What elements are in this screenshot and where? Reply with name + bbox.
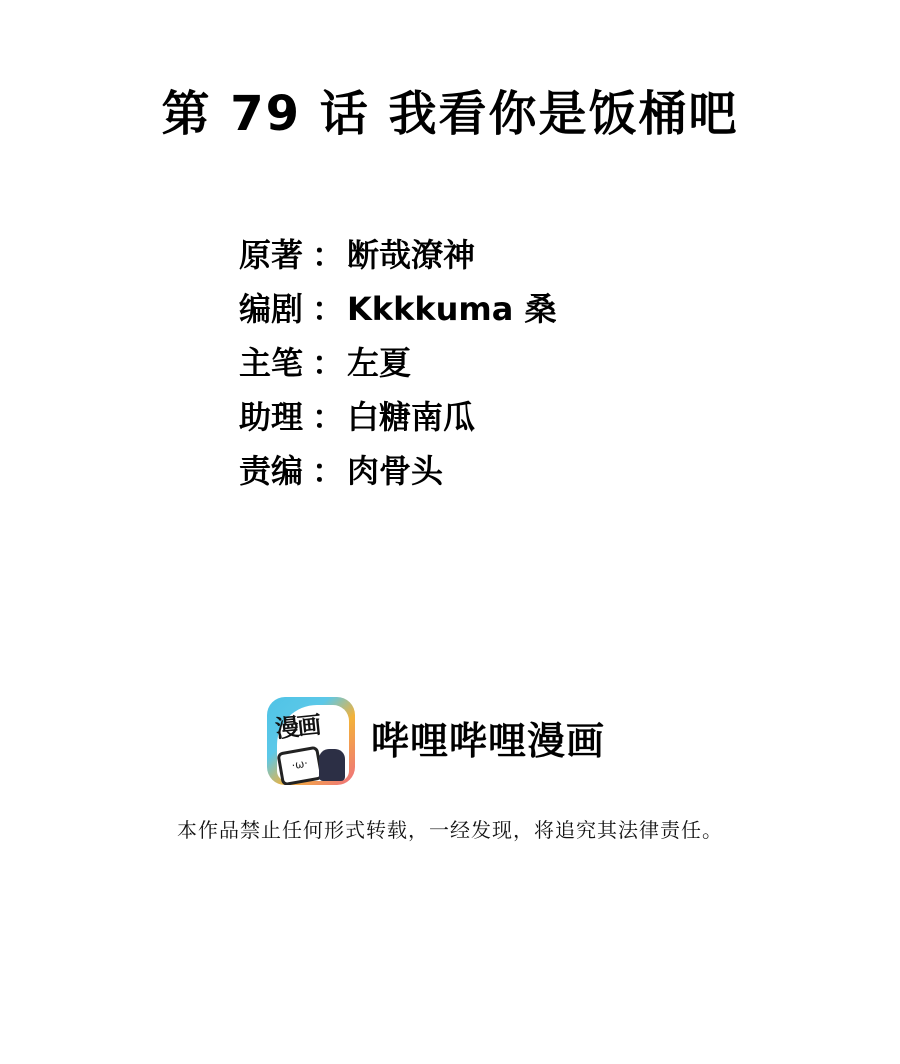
credit-row-lead-artist: 主笔 ： 左夏	[239, 336, 557, 390]
credits-list: 原著 ： 断哉潦神 编剧 ： Kkkkuma 桑 主笔 ： 左夏 助理 ： 白糖…	[239, 228, 557, 498]
credit-row-assistant: 助理 ： 白糖南瓜	[239, 390, 557, 444]
credit-separator: ：	[309, 231, 347, 279]
credit-name: 白糖南瓜	[347, 393, 475, 441]
credit-separator: ：	[309, 393, 347, 441]
credit-name: 肉骨头	[347, 447, 443, 495]
credit-row-original-author: 原著 ： 断哉潦神	[239, 228, 557, 282]
tv-mascot-icon: ·ω·	[276, 746, 323, 785]
credit-separator: ：	[309, 339, 347, 387]
bilibili-comics-logo-icon: 漫画 ·ω·	[267, 697, 355, 785]
copyright-notice: 本作品禁止任何形式转载，一经发现，将追究其法律责任。	[0, 816, 900, 844]
credit-role: 编剧	[239, 285, 309, 333]
chapter-title: 第 79 话 我看你是饭桶吧	[0, 84, 900, 144]
logo-text: 漫画	[273, 705, 320, 744]
credit-separator: ：	[309, 285, 347, 333]
credit-row-editor: 责编 ： 肉骨头	[239, 444, 557, 498]
credit-role: 主笔	[239, 339, 309, 387]
credit-name: Kkkkuma 桑	[347, 285, 557, 333]
credit-role: 助理	[239, 393, 309, 441]
credit-role: 原著	[239, 231, 309, 279]
brand-name: 哔哩哔哩漫画	[371, 718, 605, 764]
credit-role: 责编	[239, 447, 309, 495]
credit-row-screenwriter: 编剧 ： Kkkkuma 桑	[239, 282, 557, 336]
credit-separator: ：	[309, 447, 347, 495]
brand-block: 漫画 ·ω· 哔哩哔哩漫画	[267, 697, 605, 785]
credit-name: 断哉潦神	[347, 231, 475, 279]
thumbs-up-icon	[319, 749, 345, 781]
credit-name: 左夏	[347, 339, 411, 387]
